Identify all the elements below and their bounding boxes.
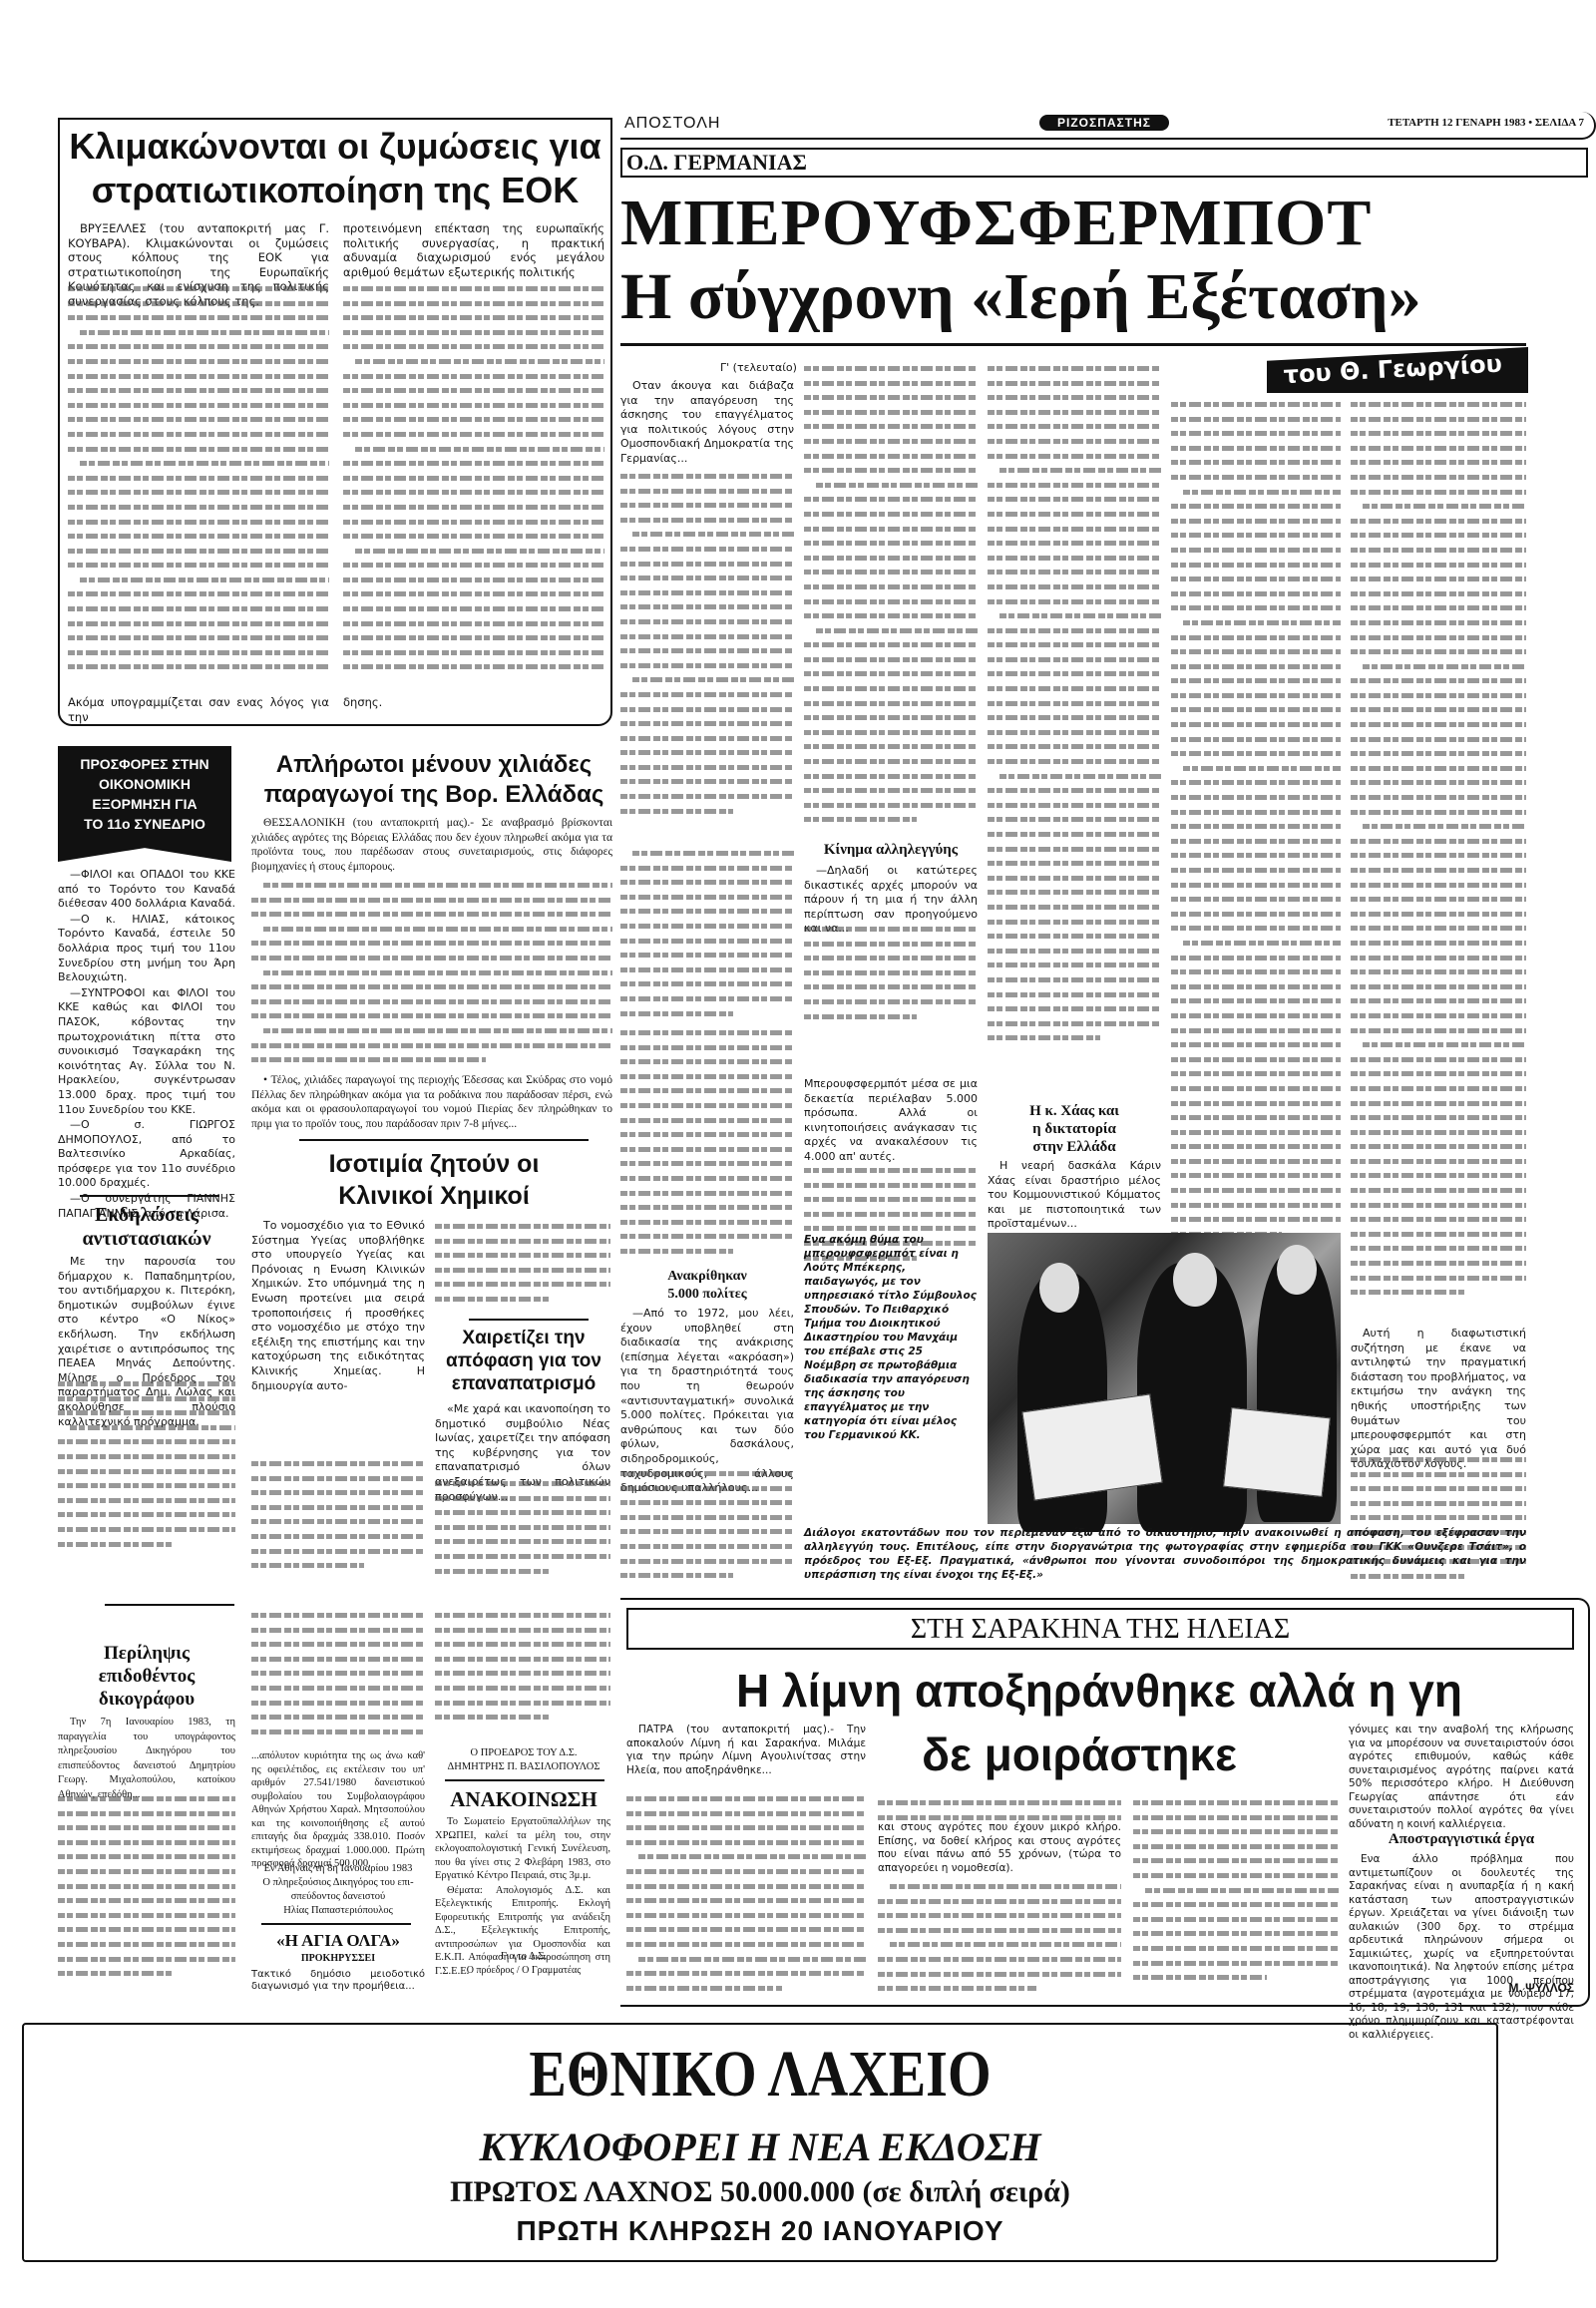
eec-col2-end: δησης. [343,695,604,710]
germany-subhead: Η σύγχρονη «Ιερή Εξέταση» [620,261,1421,333]
drainage-body: Ενα άλλο πρόβλημα που αντιμετωπίζουν οι … [1349,1853,1574,2043]
offers-banner-line3: ΕΞΟΡΜΗΣΗ ΓΙΑ [58,794,231,814]
eec-article: Κλιμακώνονται οι ζυμώσεις για στρατιωτικ… [58,118,612,726]
drainage-paragraph: Ενα άλλο πρόβλημα που αντιμετωπίζουν οι … [1349,1853,1574,2042]
eec-col1-body [68,281,329,690]
lake-col3 [1133,1795,1339,1991]
accused-subhead-line1: Ανακρίθηκαν [620,1269,794,1285]
germany-col2-mid: Μπερουφσφερμπότ μέσα σε μια δεκαετία περ… [804,1077,978,1166]
lake-mid-paragraph: και στους αγρότες που έχουν μικρό κλήρο.… [878,1821,1121,1875]
haas-subhead-line2: η δικτατορία [988,1121,1161,1138]
germany-intro: Οταν άκουγα και διάβαζα για την απαγόρευ… [620,379,794,468]
lake-headline-line2: δε μοιράστηκε [880,1728,1279,1781]
news-photo [988,1233,1341,1524]
farmers-end-paragraph: • Τέλος, χιλιάδες παραγωγοί της περιοχής… [251,1073,612,1131]
lake-col1 [626,1791,866,1991]
farmers-body [251,878,612,1073]
announcement-title: ΑΝΑΚΟΙΝΩΣΗ [435,1787,612,1812]
divider [80,1195,219,1197]
divider [445,1779,604,1781]
lottery-new-edition: ΚΥΚΛΟΦΟΡΕΙ Η ΝΕΑ ΕΚΔΟΣΗ [24,2124,1496,2170]
lake-mid: και στους αγρότες που έχουν μικρό κλήρο.… [878,1821,1121,1876]
newspaper-logo: ΡΙΖΟΣΠΑΣΤΗΣ [1039,115,1169,131]
eec-col2-paragraph: προτεινόμενη επέκταση της ευρωπαϊκής πολ… [343,221,604,279]
divider [299,1139,589,1141]
lake-lead: ΠΑΤΡΑ (του ανταποκριτή μας).- Την αποκαλ… [626,1724,866,1778]
seizure-paragraph: Την 7η Ιανουαρίου 1983, τη παραγγελία το… [58,1716,235,1803]
repatriation-headline-line1: Χαιρετίζει την [435,1327,612,1349]
auction-paragraph: ...απόλυτον κυριότητα της ως άνω καθ' ης… [251,1749,425,1871]
germany-col1c [620,1025,794,1260]
eec-headline-line1: Κλιμακώνονται οι ζυμώσεις για [60,126,610,168]
germany-col1d [620,1466,794,1584]
germany-headline: ΜΠΕΡΟΥΦΣΦΕΡΜΠΟΤ [620,188,1372,259]
lake-right-paragraph: γόνιμες και την αναβολή της κλήρωσης για… [1349,1724,1574,1831]
photo-caption: Ενα ακόμη θύμα του μπερουφσφερμπότ είναι… [804,1233,978,1443]
lottery-first-draw: ΠΡΩΤΗ ΚΛΗΡΩΣΗ 20 ΙΑΝΟΥΑΡΙΟΥ [24,2214,1496,2248]
lake-article: ΣΤΗ ΣΑΡΑΚΗΝΑ ΤΗΣ ΗΛΕΙΑΣ Η λίμνη αποξηράν… [620,1598,1590,2007]
farmers-end: • Τέλος, χιλιάδες παραγωγοί της περιοχής… [251,1073,612,1132]
solidarity-subhead: Κίνημα αλληλεγγύης [804,842,978,859]
germany-col2 [804,361,978,830]
eec-col2-start: προτεινόμενη επέκταση της ευρωπαϊκής πολ… [343,221,604,280]
offer-item: —Ο κ. ΗΛΙΑΣ, κάτοικος Τορόντο Καναδά, έσ… [58,913,235,985]
germany-part: Γ' (τελευταίο) [720,361,797,376]
farmers-headline-line1: Απλήρωτοι μένουν χιλιάδες [251,750,616,780]
eec-headline-line2: στρατιωτικοποίηση της ΕΟΚ [60,170,610,211]
repatriation-headline-line2: απόφαση για τον [435,1349,612,1372]
eec-col1-end: Ακόμα υπογραμμίζεται σαν ενας λόγος για … [68,695,329,724]
lottery-first-prize: ΠΡΩΤΟΣ ΛΑΧΝΟΣ 50.000.000 (σε διπλή σειρά… [24,2174,1496,2210]
germany-col1 [620,469,794,828]
haas-paragraph: Η νεαρή δασκάλα Κάριν Χάας είναι δραστήρ… [988,1159,1161,1232]
dateline: ΤΕΤΑΡΤΗ 12 ΓΕΝΑΡΗ 1983 • ΣΕΛΙΔΑ 7 [1388,117,1584,129]
germany-kicker-box: Ο.Δ. ΓΕΡΜΑΝΙΑΣ [620,148,1588,178]
agia-olga-subtitle: ΠΡΟΚΗΡΥΣΣΕΙ [251,1953,425,1964]
eec-col2-body [343,281,604,690]
lake-headline-line1: Η λίμνη αποξηράνθηκε αλλά η γη [620,1664,1578,1718]
farmers-lead-paragraph: ΘΕΣΣΑΛΟΝΙΚΗ (του ανταποκριτή μας).- Σε α… [251,816,612,874]
chemists-col2 [435,1219,610,1309]
announcement-top-text [435,1608,610,1728]
lake-kicker: ΣΤΗ ΣΑΡΑΚΗΝΑ ΤΗΣ ΗΛΕΙΑΣ [628,1613,1572,1647]
germany-col2-paragraph: Μπερουφσφερμπότ μέσα σε μια δεκαετία περ… [804,1077,978,1165]
haas-subhead-line1: Η κ. Χάας και [988,1103,1161,1120]
germany-col1b [620,846,794,1023]
germany-col4 [1171,397,1341,1265]
offers-banner-line1: ΠΡΟΣΦΟΡΕΣ ΣΤΗΝ [58,754,231,774]
section-label: ΑΠΟΣΤΟΛΗ [624,115,720,133]
germany-col1-mid [620,1025,794,1260]
lottery-ad: ΕΘΝΙΚΟ ΛΑΧΕΙΟ ΚΥΚΛΟΦΟΡΕΙ Η ΝΕΑ ΕΚΔΟΣΗ ΠΡ… [22,2023,1498,2262]
offer-item: —ΣΥΝΤΡΟΦΟΙ και ΦΙΛΟΙ του ΚΚΕ καθώς και Φ… [58,986,235,1117]
chemists-paragraph: Το νομοσχέδιο για το ΕΘνικό Σύστημα Υγεί… [251,1219,425,1393]
agia-olga-body: Τακτικό δημόσιο μειοδοτικό διαγωνισμό γι… [251,1969,425,1993]
auction-signer-line2: σπεύδοντος δανειστού [251,1891,425,1902]
offers-banner-line4: ΤΟ 11ο ΣΥΝΕΔΡΙΟ [58,814,231,834]
byline-banner: του Θ. Γεωργίου [1267,347,1528,393]
chemists-headline-line2: Κλινικοί Χημικοί [251,1181,616,1212]
offers-banner-line2: ΟΙΚΟΝΟΜΙΚΗ [58,774,231,794]
divider [469,1319,589,1321]
offer-item: —ΦΙΛΟΙ και ΟΠΑΔΟΙ του ΚΚΕ από το Τορόντο… [58,868,235,912]
accused-subhead-line2: 5.000 πολίτες [620,1287,794,1303]
seizure-body-cont [58,1791,235,1981]
events-body-cont [58,1376,235,1556]
divider [261,1923,411,1925]
events-headline-line1: Εκδηλώσεις [58,1203,235,1227]
offers-banner: ΠΡΟΣΦΟΡΕΣ ΣΤΗΝ ΟΙΚΟΝΟΜΙΚΗ ΕΞΟΡΜΗΣΗ ΓΙΑ Τ… [58,746,231,862]
germany-right-end: Αυτή η διαφωτιστική συζήτηση με έκανε να… [1351,1327,1526,1473]
events-headline-line2: αντιστασιακών [58,1227,235,1251]
page-header: ΑΠΟΣΤΟΛΗ ΡΙΖΟΣΠΑΣΤΗΣ ΤΕΤΑΡΤΗ 12 ΓΕΝΑΡΗ 1… [620,112,1596,140]
chemists-body-cont [251,1456,425,1586]
germany-intro-paragraph: Οταν άκουγα και διάβαζα για την απαγόρευ… [620,379,794,467]
offers-body: —ΦΙΛΟΙ και ΟΠΑΔΟΙ του ΚΚΕ από το Τορόντο… [58,868,235,1222]
repatriation-headline-line3: επαναπατρισμό [435,1372,612,1395]
lake-author: Μ. ΨΥΛΛΟΣ [1508,1981,1574,1995]
offer-item: —Ο σ. ΓΙΩΡΓΟΣ ΔΗΜΟΠΟΥΛΟΣ, από το Βαλτεσι… [58,1118,235,1191]
drainage-subhead: Αποστραγγιστικά έργα [1349,1831,1574,1848]
seizure-headline-line3: δικογράφου [58,1688,235,1711]
announcement-president-name: ΔΗΜΗΤΡΗΣ Π. ΒΑΣΙΛΟΠΟΥΛΟΣ [435,1761,612,1772]
lake-lead-paragraph: ΠΑΤΡΑ (του ανταποκριτή μας).- Την αποκαλ… [626,1724,866,1777]
farmers-headline-line2: παραγωγοί της Βορ. Ελλάδας [251,780,616,810]
lake-col2b [878,1879,1121,1991]
germany-right-end-paragraph: Αυτή η διαφωτιστική συζήτηση με έκανε να… [1351,1327,1526,1472]
byline: του Θ. Γεωργίου [1283,350,1502,389]
seizure-headline-line1: Περίληψις [58,1642,235,1665]
photo-caption-bottom-text: Διάλογοι εκατοντάδων που τον περιέμεναν … [804,1526,1526,1582]
photo-caption-bottom: Διάλογοι εκατοντάδων που τον περιέμεναν … [804,1526,1526,1583]
headline-underline [620,343,1526,346]
farmers-lead: ΘΕΣΣΑΛΟΝΙΚΗ (του ανταποκριτή μας).- Σε α… [251,816,612,875]
lake-kicker-box: ΣΤΗ ΣΑΡΑΚΗΝΑ ΤΗΣ ΗΛΕΙΑΣ [626,1608,1574,1650]
announcement-signers: Ο πρόεδρος / Ο Γραμματέας [435,1965,612,1976]
lake-right: γόνιμες και την αναβολή της κλήρωσης για… [1349,1724,1574,1832]
lottery-title: ΕΘΝΙΚΟ ΛΑΧΕΙΟ [135,2039,1387,2111]
haas-subhead-line3: στην Ελλάδα [988,1139,1161,1156]
germany-kicker: Ο.Δ. ΓΕΡΜΑΝΙΑΣ [626,150,807,176]
repatriation-body-cont [435,1476,610,1588]
chemists-headline-line1: Ισοτιμία ζητούν οι [251,1149,616,1180]
seizure-headline-line2: επιδοθέντος [58,1665,235,1688]
announcement-for-board: Για το Δ.Σ. [435,1951,612,1962]
germany-col5 [1351,397,1526,1315]
haas-body: Η νεαρή δασκάλα Κάριν Χάας είναι δραστήρ… [988,1159,1161,1233]
chemists-body: Το νομοσχέδιο για το ΕΘνικό Σύστημα Υγεί… [251,1219,425,1394]
auction-signer-name: Ηλίας Παπαστεριόπουλος [251,1905,425,1916]
agia-olga-title: «Η ΑΓΙΑ ΟΛΓΑ» [251,1931,425,1951]
germany-col2b [804,922,978,1025]
auction-signer-line1: Ο πληρεξούσιος Δικηγόρος του επι- [251,1877,425,1888]
announcement-paragraph: Θέματα: Απολογισμός Δ.Σ. και Εξελεγκτική… [435,1884,610,1979]
divider [105,1604,234,1606]
auction-body: ...απόλυτον κυριότητα της ως άνω καθ' ης… [251,1749,425,1872]
auction-date: Εν Αθήναις τη 8η Ιανουαρίου 1983 [251,1863,425,1874]
announcement-president-title: Ο ΠΡΟΕΔΡΟΣ ΤΟΥ Δ.Σ. [435,1747,612,1758]
germany-col3 [988,361,1161,1099]
photo-caption-text: Ενα ακόμη θύμα του μπερουφσφερμπότ είναι… [804,1233,978,1442]
auction-body-start [251,1608,425,1747]
announcement-paragraph: Το Σωματείο Εργατοϋπαλλήλων της ΧΡΩΠΕΙ, … [435,1815,610,1883]
